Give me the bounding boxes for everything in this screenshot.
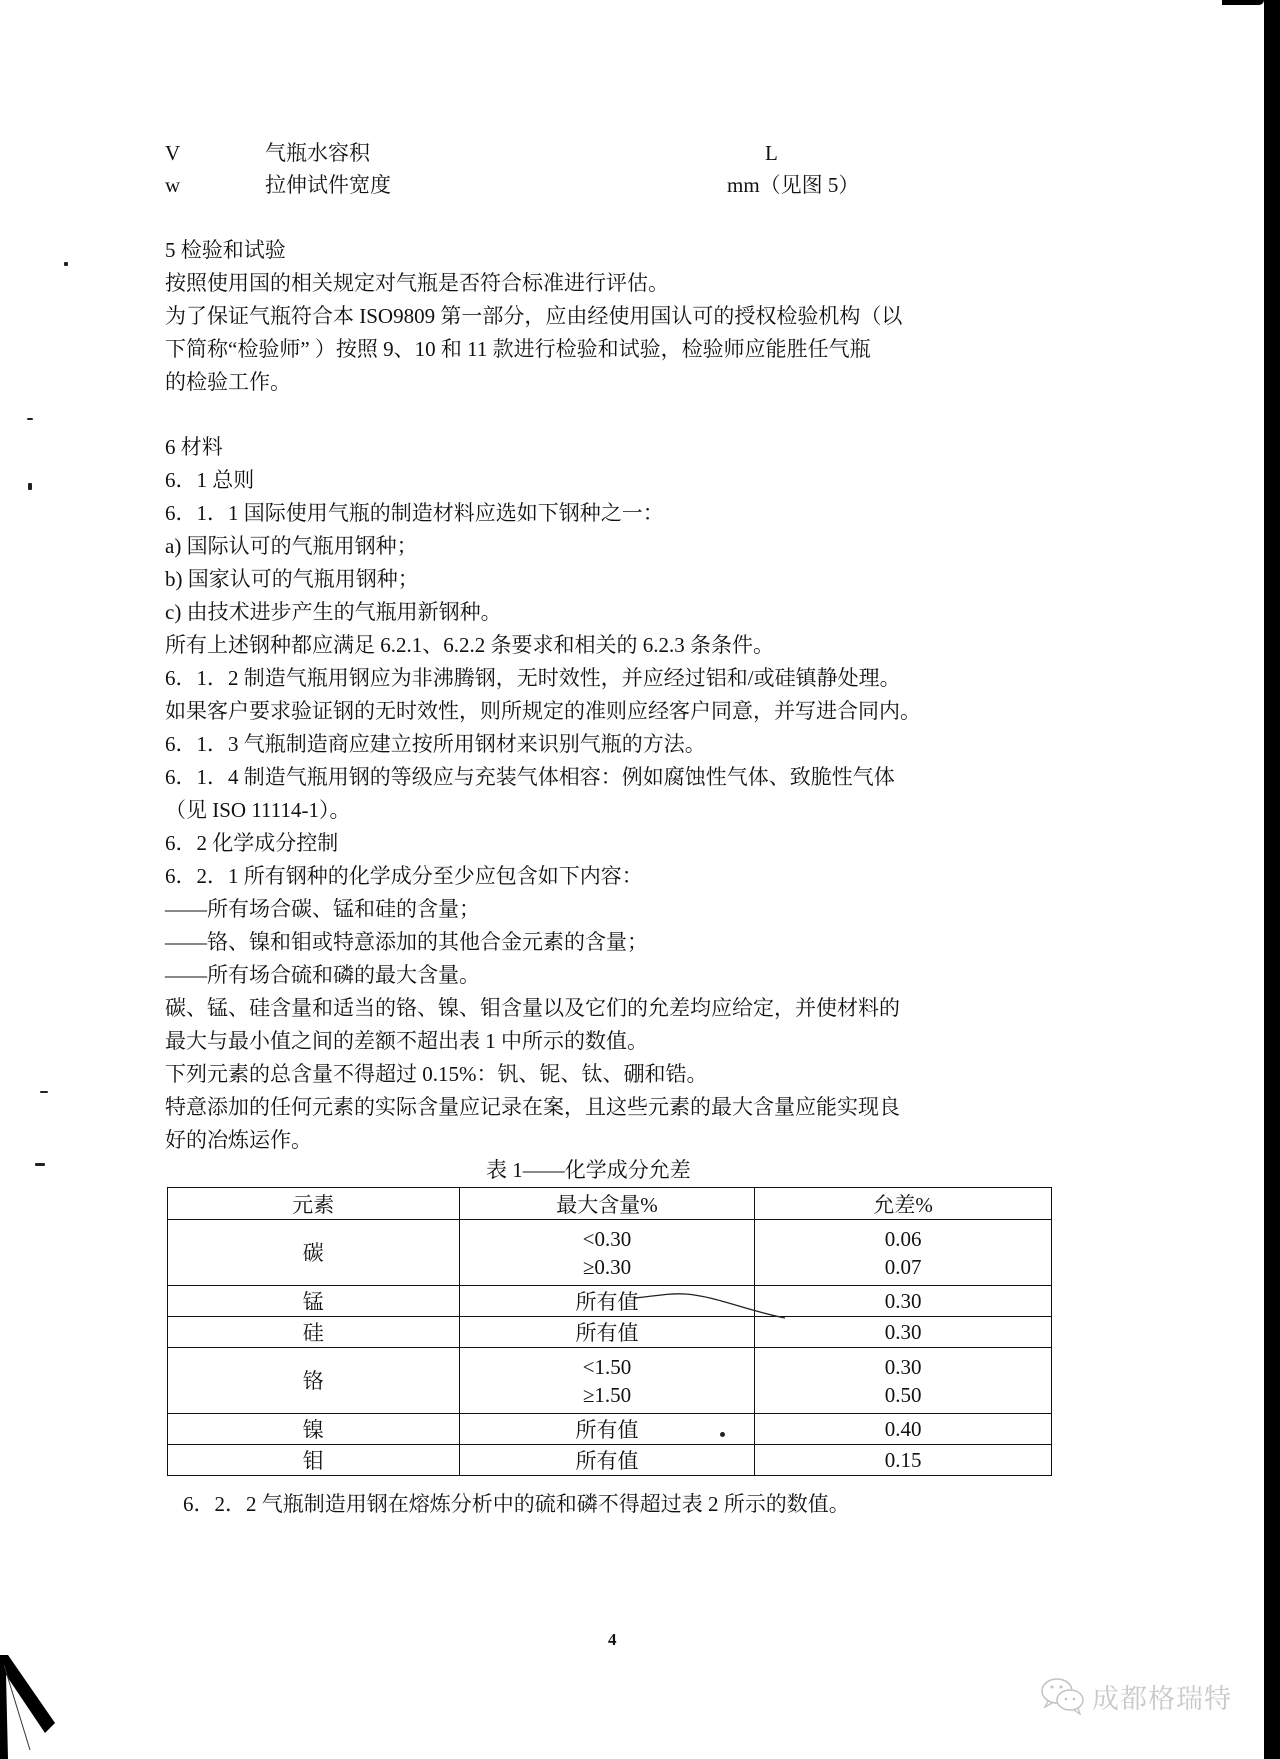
paragraph-line: 特意添加的任何元素的实际含量应记录在案，且这些元素的最大含量应能实现良 [165, 1094, 900, 1120]
max-value: ≥1.50 [460, 1381, 755, 1409]
table-row: 硅 所有值 0.30 [168, 1317, 1052, 1348]
max-cell: <1.50≥1.50 [459, 1348, 755, 1414]
paragraph-line: 最大与最小值之间的差额不超出表 1 中所示的数值。 [165, 1028, 648, 1054]
paragraph-line: 下列元素的总含量不得超过 0.15%：钒、铌、钛、硼和锆。 [165, 1061, 708, 1087]
scan-speck [720, 1432, 725, 1437]
clause-line: 6．1．3 气瓶制造商应建立按所用钢材来识别气瓶的方法。 [165, 731, 706, 757]
table-caption: 表 1——化学成分允差 [486, 1157, 691, 1183]
clause-line: 6．1．1 国际使用气瓶的制造材料应选如下钢种之一： [165, 500, 664, 526]
clause-line: 6．2．1 所有钢种的化学成分至少应包含如下内容： [165, 863, 643, 889]
paragraph-line: 的检验工作。 [165, 369, 291, 395]
scan-speck [40, 1091, 48, 1093]
paragraph-line: 为了保证气瓶符合本 ISO9809 第一部分，应由经使用国认可的授权检验机构（以 [165, 303, 902, 329]
clause-line: 6．2．2 气瓶制造用钢在熔炼分析中的硫和磷不得超过表 2 所示的数值。 [183, 1491, 850, 1517]
symbol: V [165, 140, 180, 166]
paragraph-line: 按照使用国的相关规定对气瓶是否符合标准进行评估。 [165, 270, 669, 296]
tol-value: 0.06 [755, 1225, 1051, 1253]
element-cell: 碳 [168, 1220, 460, 1286]
scan-speck [28, 483, 32, 490]
tol-cell: 0.40 [755, 1414, 1052, 1445]
max-value: ≥0.30 [460, 1253, 755, 1281]
symbol-unit: L [765, 140, 778, 166]
tol-cell: 0.300.50 [755, 1348, 1052, 1414]
table-row: 钼 所有值 0.15 [168, 1445, 1052, 1476]
element-cell: 钼 [168, 1445, 460, 1476]
table-header-row: 元素 最大含量% 允差% [168, 1188, 1052, 1220]
tol-cell: 0.30 [755, 1286, 1052, 1317]
scan-corner-artifact [0, 1655, 60, 1759]
clause-line: 6．1．4 制造气瓶用钢的等级应与充装气体相容：例如腐蚀性气体、致脆性气体 [165, 764, 895, 790]
paragraph-line: 好的冶炼运作。 [165, 1127, 312, 1153]
paragraph-line: 碳、锰、硅含量和适当的铬、镍、钼含量以及它们的允差均应给定，并使材料的 [165, 995, 900, 1021]
tol-cell: 0.15 [755, 1445, 1052, 1476]
symbol: w [165, 172, 180, 198]
list-item: a) 国际认可的气瓶用钢种； [165, 533, 418, 559]
paragraph-line: （见 ISO 11114-1）。 [165, 797, 351, 823]
dash-item: ——铬、镍和钼或特意添加的其他合金元素的含量； [165, 929, 648, 955]
tol-value: 0.30 [755, 1353, 1051, 1381]
symbol-description: 气瓶水容积 [265, 140, 370, 166]
scan-speck [27, 418, 33, 420]
section-6-heading: 6 材料 [165, 434, 223, 460]
subsection-heading: 6．1 总则 [165, 467, 254, 493]
table-row: 铬 <1.50≥1.50 0.300.50 [168, 1348, 1052, 1414]
tol-value: 0.07 [755, 1253, 1051, 1281]
scan-edge-cap [1222, 0, 1264, 5]
max-cell: 所有值 [459, 1445, 755, 1476]
element-cell: 锰 [168, 1286, 460, 1317]
subsection-heading: 6．2 化学成分控制 [165, 830, 338, 856]
scan-speck [64, 262, 68, 266]
chemical-composition-table: 元素 最大含量% 允差% 碳 <0.30≥0.30 0.060.07 锰 所有值… [167, 1187, 1052, 1476]
section-5-heading: 5 检验和试验 [165, 237, 286, 263]
wechat-icon [1040, 1676, 1086, 1716]
tol-cell: 0.30 [755, 1317, 1052, 1348]
table-row: 镍 所有值 0.40 [168, 1414, 1052, 1445]
dash-item: ——所有场合硫和磷的最大含量。 [165, 962, 480, 988]
max-value: <0.30 [460, 1225, 755, 1253]
paragraph-line: 下简称“检验师” ）按照 9、10 和 11 款进行检验和试验，检验师应能胜任气… [165, 336, 871, 362]
clause-line: 6．1．2 制造气瓶用钢应为非沸腾钢，无时效性，并应经过铝和/或硅镇静处理。 [165, 665, 901, 691]
scan-speck [35, 1163, 45, 1166]
paragraph-line: 所有上述钢种都应满足 6.2.1、6.2.2 条要求和相关的 6.2.3 条条件… [165, 632, 774, 658]
header-max-content: 最大含量% [459, 1188, 755, 1220]
header-element: 元素 [168, 1188, 460, 1220]
max-cell: 所有值 [459, 1414, 755, 1445]
watermark-text: 成都格瑞特 [1092, 1677, 1232, 1716]
symbol-unit: mm（见图 5） [727, 172, 859, 198]
table-row: 碳 <0.30≥0.30 0.060.07 [168, 1220, 1052, 1286]
header-tolerance: 允差% [755, 1188, 1052, 1220]
list-item: c) 由技术进步产生的气瓶用新钢种。 [165, 599, 502, 625]
page-number: 4 [608, 1630, 617, 1650]
max-cell: <0.30≥0.30 [459, 1220, 755, 1286]
tol-value: 0.50 [755, 1381, 1051, 1409]
dash-item: ——所有场合碳、锰和硅的含量； [165, 896, 480, 922]
table-row: 锰 所有值 0.30 [168, 1286, 1052, 1317]
element-cell: 镍 [168, 1414, 460, 1445]
watermark: 成都格瑞特 [1040, 1676, 1232, 1716]
symbol-description: 拉伸试件宽度 [265, 172, 391, 198]
scan-edge-shadow [1264, 0, 1280, 1759]
pen-mark [635, 1292, 795, 1322]
list-item: b) 国家认可的气瓶用钢种； [165, 566, 419, 592]
element-cell: 铬 [168, 1348, 460, 1414]
max-value: <1.50 [460, 1353, 755, 1381]
element-cell: 硅 [168, 1317, 460, 1348]
tol-cell: 0.060.07 [755, 1220, 1052, 1286]
paragraph-line: 如果客户要求验证钢的无时效性，则所规定的准则应经客户同意，并写进合同内。 [165, 698, 921, 724]
